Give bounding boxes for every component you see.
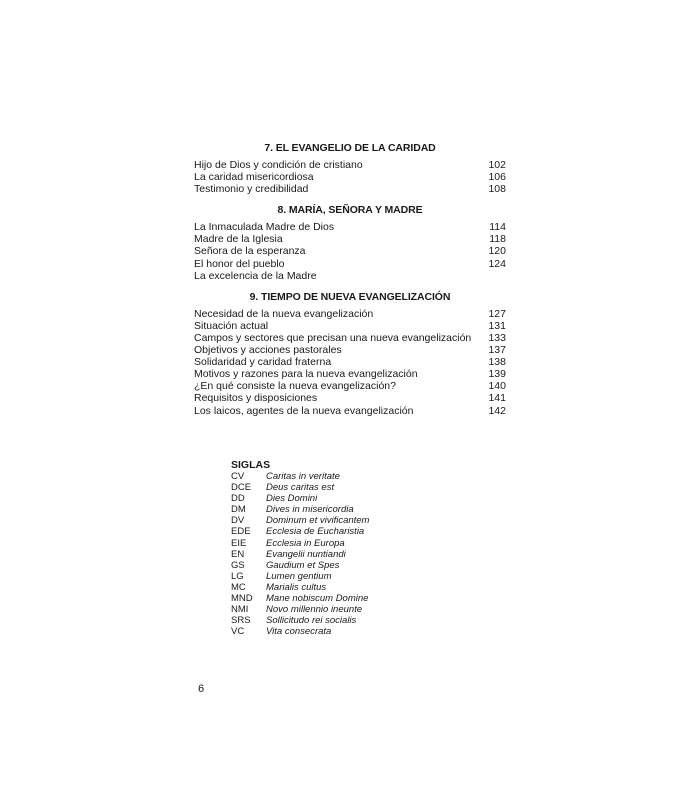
entry-label: Necesidad de la nueva evangelización bbox=[194, 308, 373, 320]
entry-label: La Inmaculada Madre de Dios bbox=[194, 221, 334, 233]
abbreviation-row: EDEEcclesia de Eucharistia bbox=[231, 526, 431, 537]
abbreviation-code: CV bbox=[231, 471, 266, 482]
abbreviation-row: EIEEcclesia in Europa bbox=[231, 538, 431, 549]
abbreviation-row: VCVita consecrata bbox=[231, 626, 431, 637]
entry-label: Testimonio y credibilidad bbox=[194, 183, 308, 195]
entry-page bbox=[482, 270, 506, 282]
abbreviation-code: NMI bbox=[231, 604, 266, 615]
toc-entry: Situación actual131 bbox=[194, 320, 506, 332]
abbreviation-code: DV bbox=[231, 515, 266, 526]
abbreviation-meaning: Evangelii nuntiandi bbox=[266, 549, 346, 560]
abbreviation-meaning: Ecclesia in Europa bbox=[266, 538, 345, 549]
entry-page: 120 bbox=[482, 245, 506, 257]
entry-label: Solidaridad y caridad fraterna bbox=[194, 356, 331, 368]
toc-entry: Requisitos y disposiciones141 bbox=[194, 392, 506, 404]
abbreviation-code: GS bbox=[231, 560, 266, 571]
toc-entry: Motivos y razones para la nueva evangeli… bbox=[194, 368, 506, 380]
toc-entry: Solidaridad y caridad fraterna138 bbox=[194, 356, 506, 368]
entry-label: La caridad misericordiosa bbox=[194, 171, 314, 183]
abbreviation-row: CVCaritas in veritate bbox=[231, 471, 431, 482]
entry-page: 114 bbox=[482, 221, 506, 233]
abbreviations-list: SIGLAS CVCaritas in veritateDCEDeus cari… bbox=[231, 459, 431, 637]
entry-label: Motivos y razones para la nueva evangeli… bbox=[194, 368, 418, 380]
page-number: 6 bbox=[198, 683, 204, 695]
abbreviation-code: LG bbox=[231, 571, 266, 582]
abbreviation-row: DVDominum et vivificantem bbox=[231, 515, 431, 526]
entry-label: El honor del pueblo bbox=[194, 258, 285, 270]
abbreviations-title: SIGLAS bbox=[231, 459, 431, 471]
section-title: 9. TIEMPO DE NUEVA EVANGELIZACIÓN bbox=[194, 290, 506, 304]
entry-page: 118 bbox=[482, 233, 506, 245]
entry-label: Situación actual bbox=[194, 320, 268, 332]
entry-page: 131 bbox=[482, 320, 506, 332]
abbreviation-row: GSGaudium et Spes bbox=[231, 560, 431, 571]
toc-entry: El honor del pueblo124 bbox=[194, 258, 506, 270]
entry-label: Señora de la esperanza bbox=[194, 245, 306, 257]
toc-entry: Hijo de Dios y condición de cristiano102 bbox=[194, 159, 506, 171]
entry-label: Los laicos, agentes de la nueva evangeli… bbox=[194, 405, 414, 417]
entry-page: 106 bbox=[482, 171, 506, 183]
entry-page: 108 bbox=[482, 183, 506, 195]
abbreviation-meaning: Caritas in veritate bbox=[266, 471, 340, 482]
toc-entry: Madre de la Iglesia118 bbox=[194, 233, 506, 245]
abbreviation-meaning: Deus caritas est bbox=[266, 482, 334, 493]
abbreviation-code: EN bbox=[231, 549, 266, 560]
abbreviation-meaning: Gaudium et Spes bbox=[266, 560, 339, 571]
entry-label: La excelencia de la Madre bbox=[194, 270, 317, 282]
entry-label: Madre de la Iglesia bbox=[194, 233, 283, 245]
entry-page: 141 bbox=[482, 392, 506, 404]
section-title: 8. MARÍA, SEÑORA Y MADRE bbox=[194, 203, 506, 217]
abbreviation-row: DMDives in misericordia bbox=[231, 504, 431, 515]
abbreviation-row: LGLumen gentium bbox=[231, 571, 431, 582]
toc-entry: La caridad misericordiosa106 bbox=[194, 171, 506, 183]
entry-page: 102 bbox=[482, 159, 506, 171]
toc-section: 9. TIEMPO DE NUEVA EVANGELIZACIÓN Necesi… bbox=[194, 290, 506, 417]
entry-page: 127 bbox=[482, 308, 506, 320]
toc-entry: Necesidad de la nueva evangelización127 bbox=[194, 308, 506, 320]
abbreviation-meaning: Sollicitudo rei socialis bbox=[266, 615, 356, 626]
section-title: 7. EL EVANGELIO DE LA CARIDAD bbox=[194, 141, 506, 155]
abbreviation-code: MND bbox=[231, 593, 266, 604]
entry-page: 142 bbox=[482, 405, 506, 417]
entry-label: Campos y sectores que precisan una nueva… bbox=[194, 332, 471, 344]
abbreviation-row: DCEDeus caritas est bbox=[231, 482, 431, 493]
abbreviation-row: MNDMane nobiscum Domine bbox=[231, 593, 431, 604]
abbreviation-meaning: Vita consecrata bbox=[266, 626, 331, 637]
toc-entry: Campos y sectores que precisan una nueva… bbox=[194, 332, 506, 344]
abbreviation-code: MC bbox=[231, 582, 266, 593]
abbreviation-row: SRSSollicitudo rei socialis bbox=[231, 615, 431, 626]
abbreviation-code: EIE bbox=[231, 538, 266, 549]
toc-entry: Testimonio y credibilidad108 bbox=[194, 183, 506, 195]
toc-section: 7. EL EVANGELIO DE LA CARIDAD Hijo de Di… bbox=[194, 141, 506, 195]
abbreviation-meaning: Dives in misericordia bbox=[266, 504, 354, 515]
abbreviation-meaning: Lumen gentium bbox=[266, 571, 331, 582]
toc-entry: ¿En qué consiste la nueva evangelización… bbox=[194, 380, 506, 392]
entry-page: 138 bbox=[482, 356, 506, 368]
toc-entry: La excelencia de la Madre bbox=[194, 270, 506, 282]
abbreviation-meaning: Dies Domini bbox=[266, 493, 317, 504]
entry-page: 124 bbox=[482, 258, 506, 270]
abbreviation-meaning: Marialis cultus bbox=[266, 582, 326, 593]
abbreviation-code: DCE bbox=[231, 482, 266, 493]
entry-page: 139 bbox=[482, 368, 506, 380]
toc-section: 8. MARÍA, SEÑORA Y MADRE La Inmaculada M… bbox=[194, 203, 506, 281]
toc-entry: Objetivos y acciones pastorales137 bbox=[194, 344, 506, 356]
abbreviation-row: ENEvangelii nuntiandi bbox=[231, 549, 431, 560]
entry-page: 133 bbox=[482, 332, 506, 344]
entry-label: Hijo de Dios y condición de cristiano bbox=[194, 159, 363, 171]
abbreviation-meaning: Dominum et vivificantem bbox=[266, 515, 369, 526]
toc-entry: Señora de la esperanza120 bbox=[194, 245, 506, 257]
table-of-contents: 7. EL EVANGELIO DE LA CARIDAD Hijo de Di… bbox=[194, 141, 506, 425]
entry-label: Objetivos y acciones pastorales bbox=[194, 344, 342, 356]
abbreviation-meaning: Mane nobiscum Domine bbox=[266, 593, 368, 604]
toc-entry: La Inmaculada Madre de Dios114 bbox=[194, 221, 506, 233]
abbreviation-row: DDDies Domini bbox=[231, 493, 431, 504]
entry-page: 137 bbox=[482, 344, 506, 356]
abbreviation-row: NMINovo millennio ineunte bbox=[231, 604, 431, 615]
toc-entry: Los laicos, agentes de la nueva evangeli… bbox=[194, 405, 506, 417]
abbreviation-code: DD bbox=[231, 493, 266, 504]
abbreviation-code: SRS bbox=[231, 615, 266, 626]
entry-label: Requisitos y disposiciones bbox=[194, 392, 317, 404]
abbreviation-code: EDE bbox=[231, 526, 266, 537]
entry-label: ¿En qué consiste la nueva evangelización… bbox=[194, 380, 396, 392]
abbreviation-code: DM bbox=[231, 504, 266, 515]
entry-page: 140 bbox=[482, 380, 506, 392]
abbreviation-meaning: Ecclesia de Eucharistia bbox=[266, 526, 364, 537]
abbreviation-row: MCMarialis cultus bbox=[231, 582, 431, 593]
abbreviation-meaning: Novo millennio ineunte bbox=[266, 604, 362, 615]
abbreviation-code: VC bbox=[231, 626, 266, 637]
